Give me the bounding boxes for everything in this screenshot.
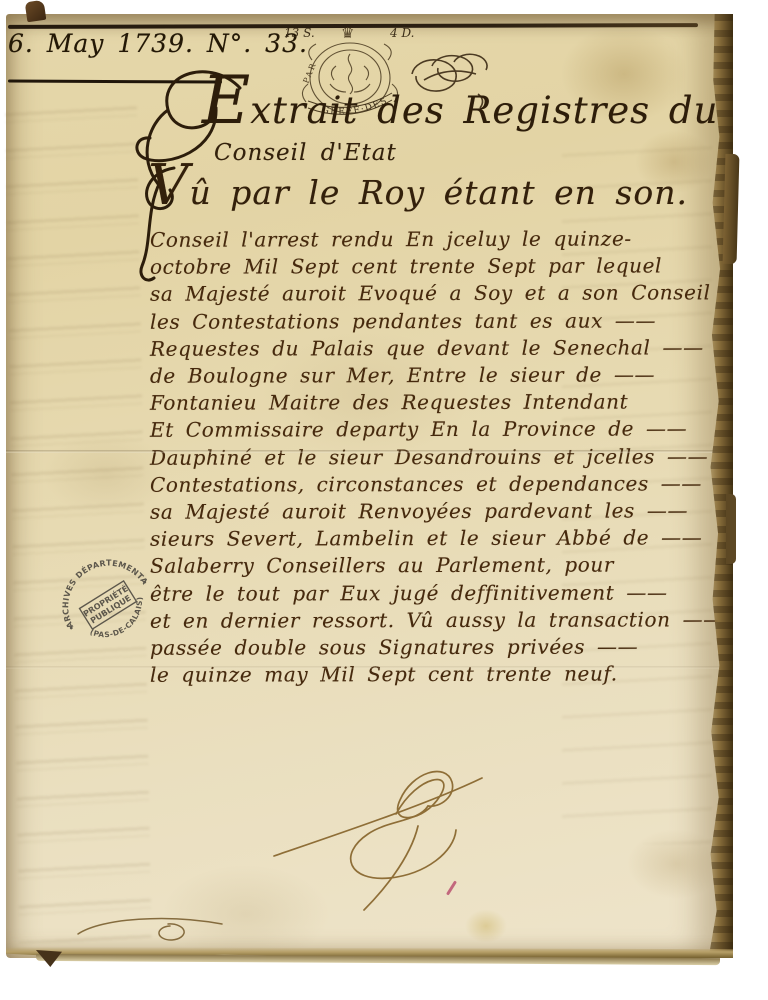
opening-line: Vû par le Roy étant en son. — [148, 166, 688, 211]
page-edge-bump — [723, 154, 740, 264]
manuscript-line: Fontanieu Maitre des Requestes Intendant — [150, 388, 736, 417]
archive-date-note: 6. May 1739. N°. 33. — [8, 30, 308, 58]
manuscript-line: Salaberry Conseillers au Parlement, pour — [150, 552, 736, 581]
binding-tab — [25, 0, 47, 22]
manuscript-line: sa Majesté auroit Evoqué a Soy et a son … — [150, 280, 736, 309]
manuscript-line: le quinze may Mil Sept cent trente neuf. — [150, 660, 736, 689]
manuscript-line: sieurs Severt, Lambelin et le sieur Abbé… — [150, 524, 736, 553]
manuscript-line: Contestations, circonstances et dependan… — [150, 470, 736, 499]
title-line1: Extrait des Registres du — [202, 78, 718, 129]
manuscript-line: de Boulogne sur Mer, Entre le sieur de —… — [150, 361, 736, 390]
manuscript-line: octobre Mil Sept cent trente Sept par le… — [150, 252, 736, 281]
manuscript-line: Dauphiné et le sieur Desandrouins et jce… — [150, 443, 736, 472]
archive-date-text: 6. May 1739. N°. 33. — [8, 29, 308, 58]
title-line2: Conseil d'Etat — [214, 142, 397, 165]
manuscript-body: Conseil l'arrest rendu En jceluy le quin… — [150, 226, 736, 688]
manuscript-page: 6. May 1739. N°. 33. 13 S. 4 D. ♛ PAR GR… — [6, 14, 733, 958]
manuscript-line: Conseil l'arrest rendu En jceluy le quin… — [150, 225, 736, 254]
page-edge-bump — [726, 494, 736, 564]
manuscript-line: Et Commissaire departy En la Province de… — [150, 416, 736, 445]
manuscript-line: Requestes du Palais que devant le Senech… — [150, 334, 736, 363]
manuscript-line: sa Majesté auroit Renvoyées pardevant le… — [150, 497, 736, 526]
manuscript-line: être le tout par Eux jugé deffinitivemen… — [150, 579, 736, 608]
manuscript-line: les Contestations pendantes tant es aux … — [150, 307, 736, 336]
bottom-flourish — [72, 910, 232, 948]
stamp-duty-left: 13 S. — [284, 26, 315, 40]
signature-paraph — [268, 756, 534, 916]
manuscript-line: et en dernier ressort. Vû aussy la trans… — [150, 606, 736, 635]
crown-icon: ♛ — [341, 24, 354, 42]
manuscript-line: passée double sous Signatures privées —— — [150, 633, 736, 662]
